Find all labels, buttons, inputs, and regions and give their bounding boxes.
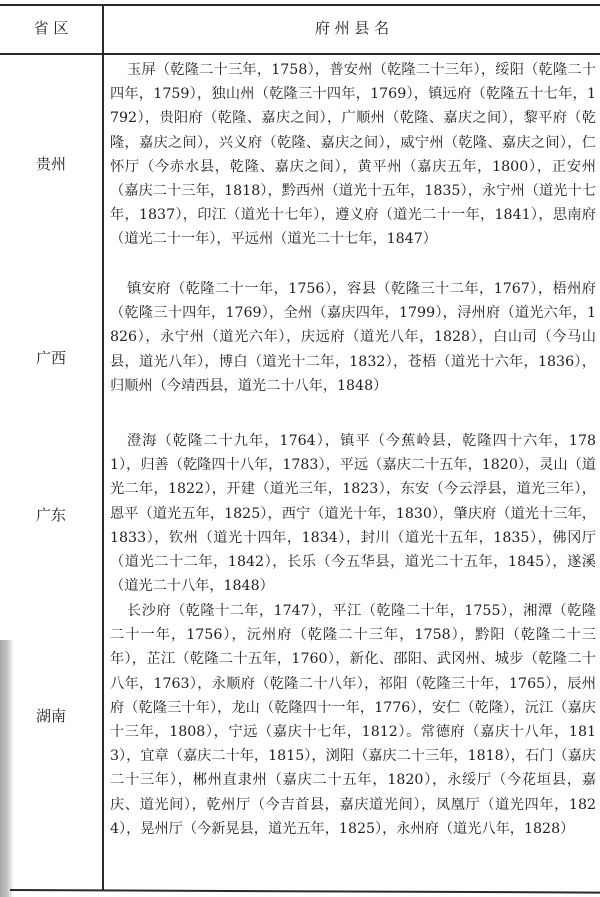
names-cell: 长沙府（乾隆十二年，1747），平江（乾隆二十年，1755），湘潭（乾隆二十一年…: [110, 599, 596, 841]
header-province: 省 区: [0, 4, 102, 53]
province-cell: 湖南: [0, 705, 102, 726]
header-province-label: 省 区: [34, 4, 69, 53]
table-column-divider: [102, 4, 104, 890]
table-header-rule: [0, 53, 600, 55]
table-bottom-rule: [10, 889, 600, 894]
names-cell: 澄海（乾隆二十九年，1764），镇平（今蕉岭县，乾隆四十六年，1781），归善（…: [110, 429, 596, 598]
names-cell: 玉屏（乾隆二十三年，1758），普安州（乾隆二十三年），绥阳（乾隆二十四年，17…: [110, 58, 596, 252]
scan-edge-shadow: [0, 640, 14, 897]
header-names-label: 府 州 县 名: [315, 4, 389, 53]
province-cell: 贵州: [0, 153, 102, 174]
header-names: 府 州 县 名: [104, 4, 600, 53]
province-cell: 广西: [0, 347, 102, 368]
names-cell: 镇安府（乾隆二十一年，1756），容县（乾隆三十二年，1767），梧州府（乾隆三…: [110, 277, 596, 398]
province-cell: 广东: [0, 504, 102, 525]
